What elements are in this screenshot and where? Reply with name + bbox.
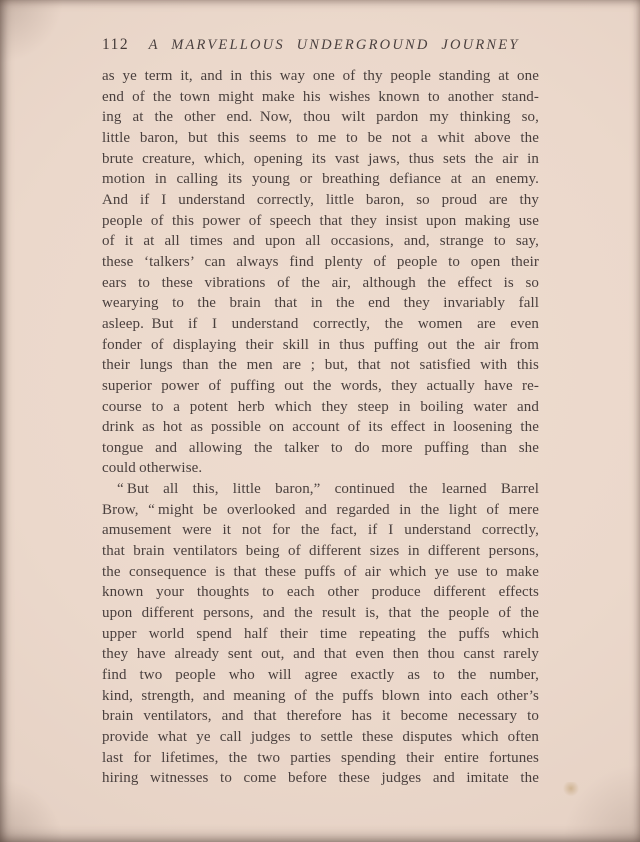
text-line: And if I understand correctly, little ba…	[102, 190, 539, 211]
text-line: they have already sent out, and that eve…	[102, 644, 539, 665]
text-line: kind, strength, and meaning of the puffs…	[102, 686, 539, 707]
text-line: upper world spend half their time repeat…	[102, 624, 539, 645]
text-line: that brain ventilators being of differen…	[102, 541, 539, 562]
text-line: ing at the other end. Now, thou wilt par…	[102, 107, 539, 128]
text-line: brute creature, which, opening its vast …	[102, 149, 539, 170]
text-line: superior power of puffing out the words,…	[102, 376, 539, 397]
text-line: of it at all times and upon all occasion…	[102, 231, 539, 252]
text-block: as ye term it, and in this way one of th…	[102, 66, 539, 789]
text-line: their lungs than the men are ; but, that…	[102, 355, 539, 376]
page-number: 112	[102, 36, 129, 54]
text-line: as ye term it, and in this way one of th…	[102, 66, 539, 87]
text-line: hiring witnesses to come before these ju…	[102, 768, 539, 789]
text-line: fonder of displaying their skill in thus…	[102, 335, 539, 356]
text-line: Brow, “ might be overlooked and regarded…	[102, 500, 539, 521]
text-line: upon different persons, and the result i…	[102, 603, 539, 624]
text-line: course to a potent herb which they steep…	[102, 397, 539, 418]
text-line: provide what ye call judges to settle th…	[102, 727, 539, 748]
text-line: wearying to the brain that in the end th…	[102, 293, 539, 314]
text-line: the consequence is that these puffs of a…	[102, 562, 539, 583]
paper-stain	[563, 782, 579, 798]
text-line: brain ventilators, and that therefore ha…	[102, 706, 539, 727]
running-head: 112 A MARVELLOUS UNDERGROUND JOURNEY	[102, 36, 539, 54]
text-line: drink as hot as possible on account of i…	[102, 417, 539, 438]
text-line: little baron, but this seems to me to be…	[102, 128, 539, 149]
text-line: asleep. But if I understand correctly, t…	[102, 314, 539, 335]
text-line: tongue and allowing the talker to do mor…	[102, 438, 539, 459]
text-line: people of this power of speech that they…	[102, 211, 539, 232]
text-line: ears to these vibrations of the air, alt…	[102, 273, 539, 294]
text-line: find two people who will agree exactly a…	[102, 665, 539, 686]
text-line: “ But all this, little baron,” continued…	[102, 479, 539, 500]
book-page: 112 A MARVELLOUS UNDERGROUND JOURNEY as …	[0, 0, 640, 842]
text-line: motion in calling its young or breathing…	[102, 169, 539, 190]
text-line: last for lifetimes, the two parties spen…	[102, 748, 539, 769]
text-line: these ‘talkers’ can always find plenty o…	[102, 252, 539, 273]
text-line: known your thoughts to each other produc…	[102, 582, 539, 603]
text-line: amusement were it not for the fact, if I…	[102, 520, 539, 541]
text-line: end of the town might make his wishes kn…	[102, 87, 539, 108]
text-line: could otherwise.	[102, 458, 539, 479]
running-title: A MARVELLOUS UNDERGROUND JOURNEY	[129, 37, 539, 54]
